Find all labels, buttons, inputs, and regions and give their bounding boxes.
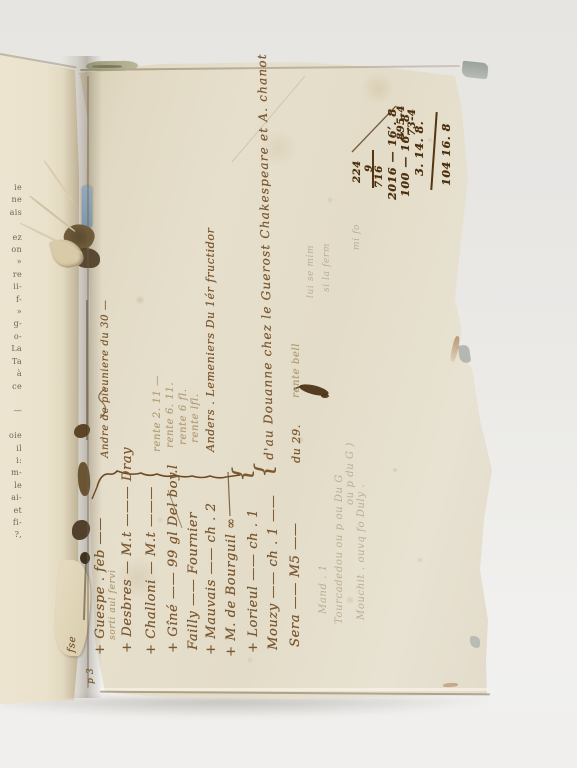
handwritten-line: du 29. <box>290 424 303 463</box>
handwritten-line: si la ferm <box>322 243 332 292</box>
handwritten-line: 2016 — 16ʼ. 8 <box>386 108 399 200</box>
handwritten-line: 104 16. 8 <box>440 123 453 186</box>
handwritten-line: + M. de Bourguil ∞ <box>224 518 239 658</box>
handwritten-line: Mouzy —— ch . 1 —— <box>266 495 281 650</box>
handwritten-line: Sera —— M5 —— <box>288 523 303 647</box>
photograph-of-manuscript: ieneais ezon»reii-f-»g-o-LaTaàce — oieil… <box>0 0 577 768</box>
handwritten-line: rente 6. 11. <box>165 382 176 448</box>
handwritten-line: + Guespe . feb —— <box>93 517 108 655</box>
handwritten-line: + Gîné —— 99 gl Del boy.l <box>166 464 181 653</box>
handwritten-line: sorti aul fervi <box>108 569 118 640</box>
handwritten-line: + Mauvais —— ch . 2 <box>204 503 219 655</box>
handwritten-line: 100 — 16ʼ. 8 <box>399 114 412 197</box>
handwritten-line: Tourcadedou ou p ou Du G <box>334 474 345 624</box>
handwritten-line: Failly —— Fournier <box>186 512 201 650</box>
handwritten-line: d'au Douanne chez le Guerost Chakespeare… <box>255 53 276 460</box>
handwritten-line: Mouchit . ouvq fo Duly . <box>356 484 367 620</box>
handwritten-line: { <box>250 462 278 478</box>
handwritten-line: lui se mim <box>306 245 316 298</box>
handwritten-line: 716 <box>374 165 385 188</box>
handwritten-line: rente bell <box>291 343 302 398</box>
handwritten-line: + Lorieul —— ch . 1 <box>246 509 261 653</box>
handwritten-line: Anders . Lemeniers Du 1ér fructidor <box>204 228 217 452</box>
handwritten-line: Mand . 1 <box>318 564 329 614</box>
handwritten-line: ou p du G ) <box>345 442 356 505</box>
handwritten-line: rente 6 fl. <box>178 389 189 445</box>
handwritten-line: + Challoni — M.t ——— <box>144 486 159 655</box>
handwritten-line: rente lfl. <box>190 393 201 443</box>
handwritten-line: 224 <box>352 160 363 183</box>
handwritten-line: mi fo <box>352 224 362 250</box>
handwritten-line: rente 2. 11 — <box>152 375 163 452</box>
handwritten-line: Andre de pieuniere du 30 — <box>100 300 111 458</box>
handwritten-line: 3. 14. 8. <box>413 121 426 176</box>
handwriting-layer: 2249716895-473-42016 — 16ʼ. 8100 — 16ʼ. … <box>0 0 577 768</box>
handwritten-line: + Desbres — M.t ——— Dray <box>120 447 135 653</box>
handwritten-line: p 3 <box>86 668 96 684</box>
handwritten-line: fse <box>66 636 78 653</box>
